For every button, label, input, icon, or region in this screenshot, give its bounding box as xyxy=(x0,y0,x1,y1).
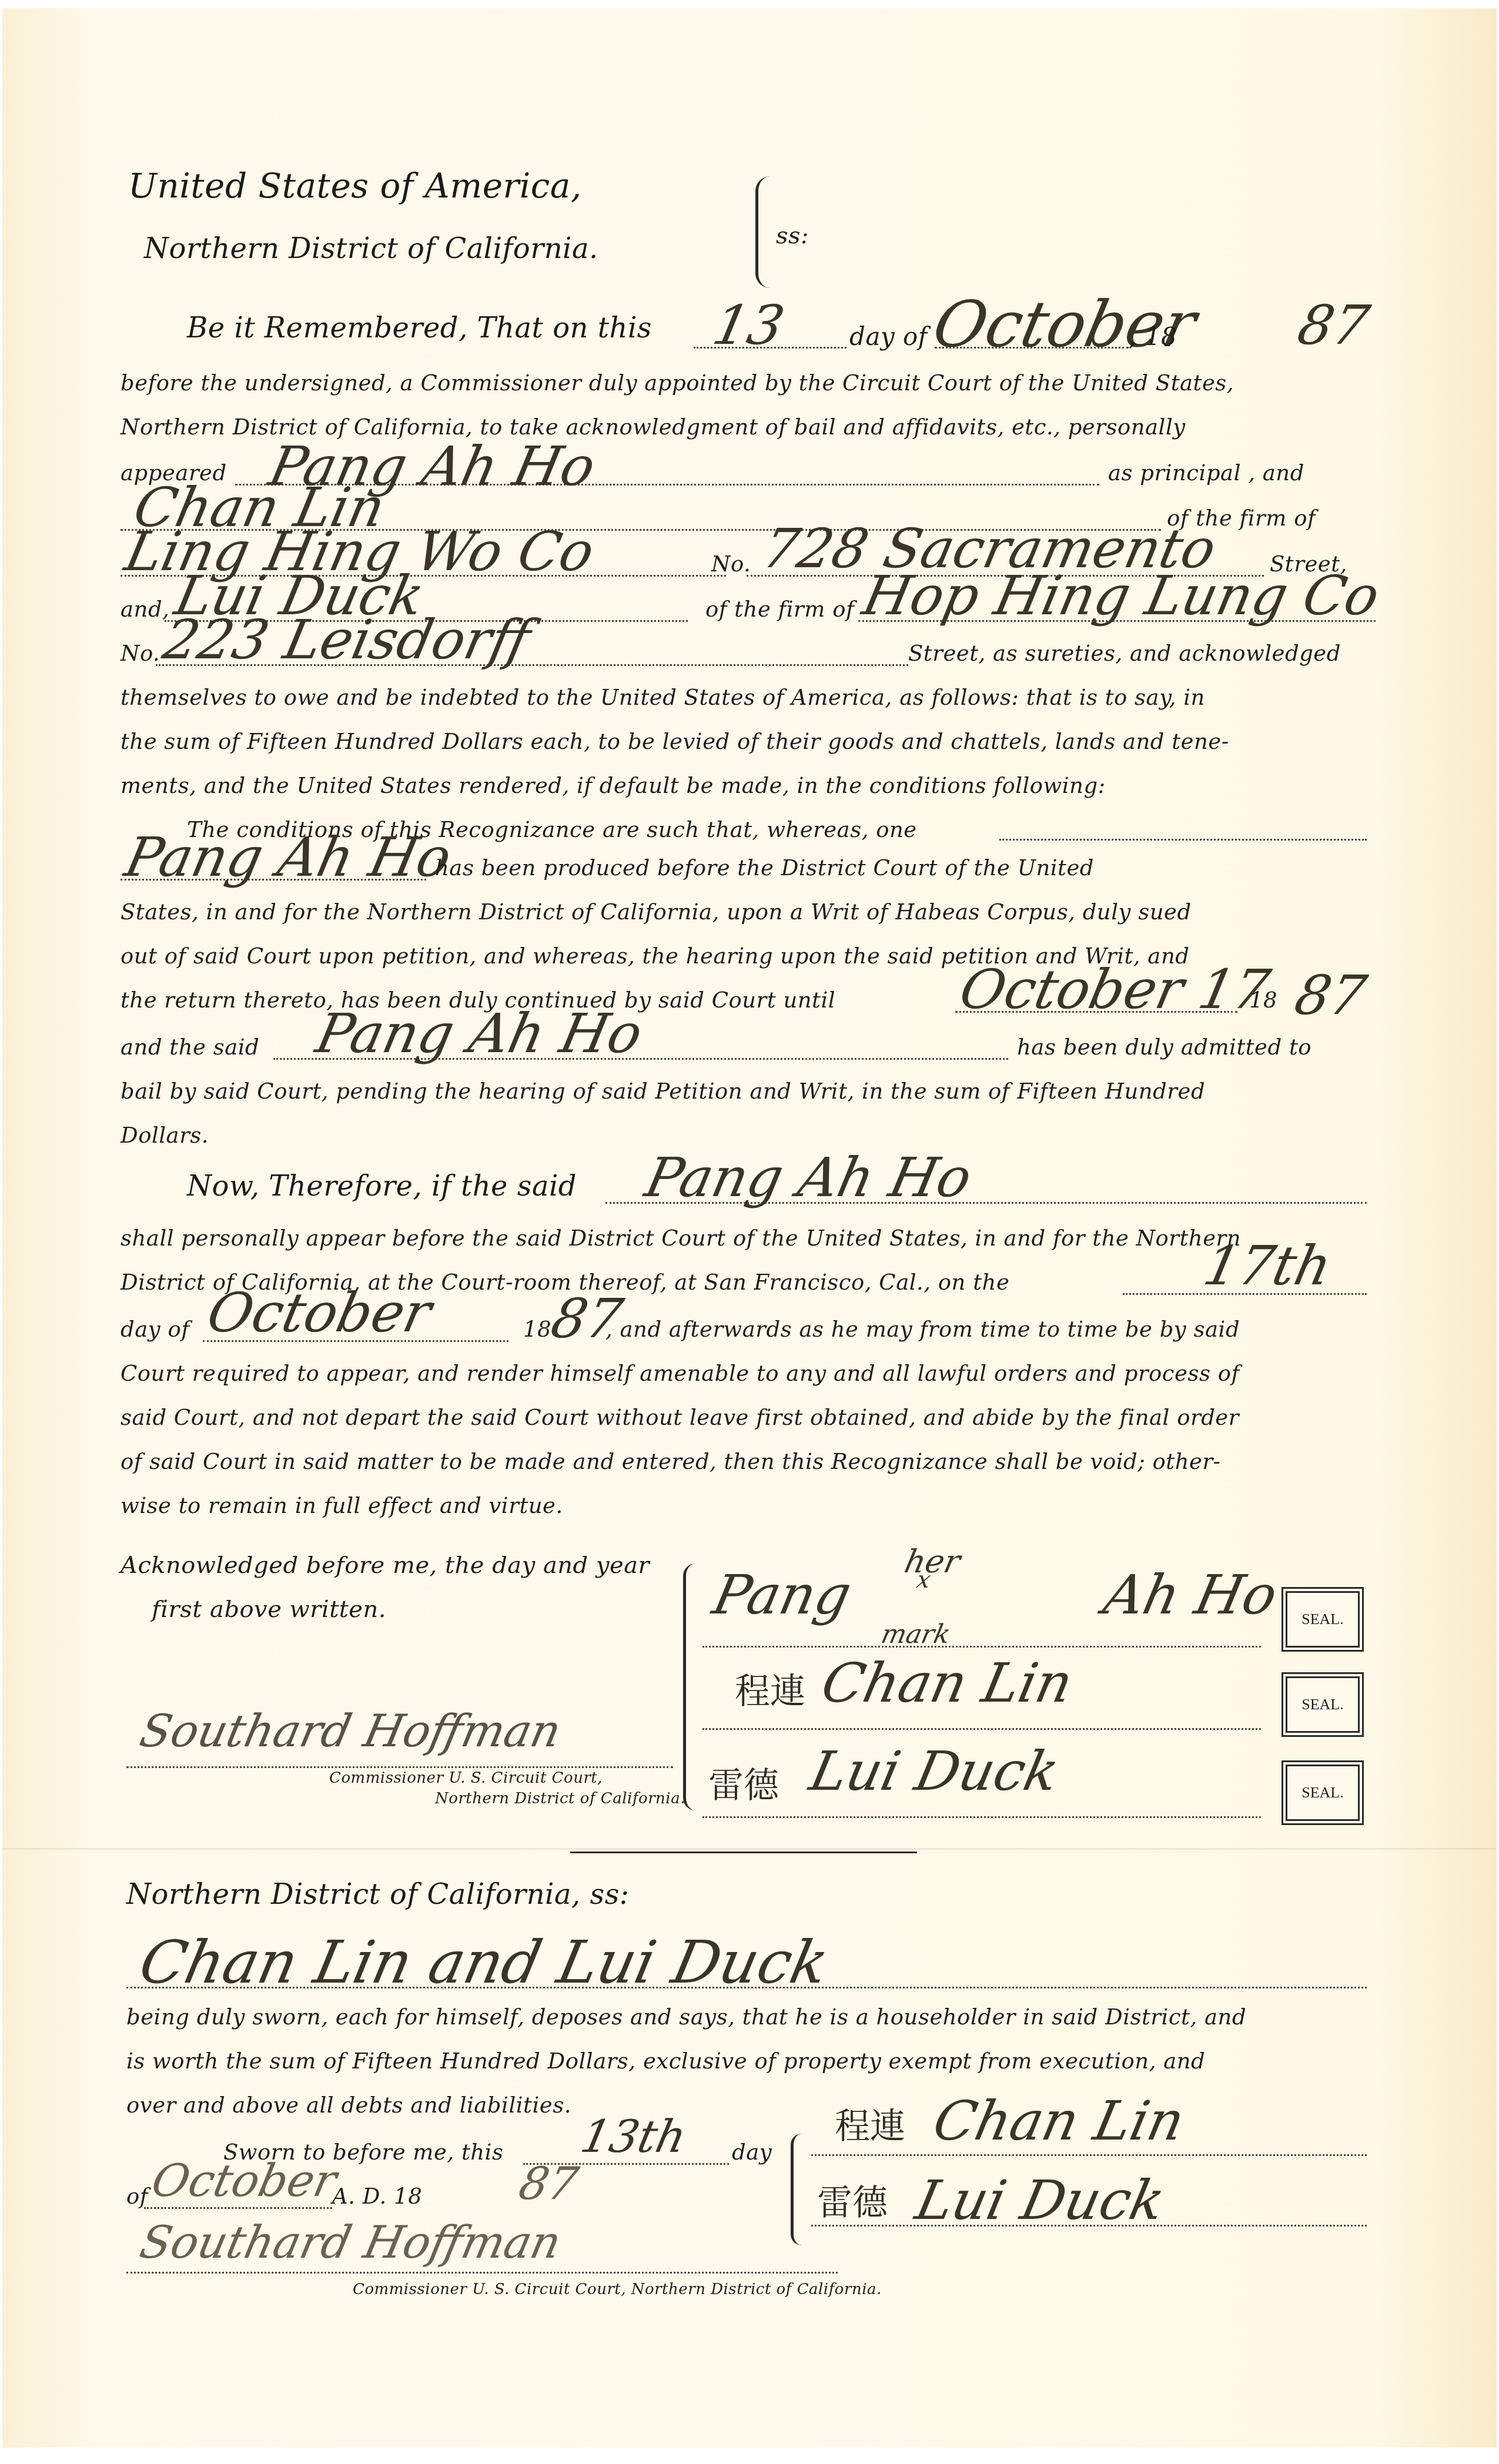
surety2-firm: Hop Hing Lung Co xyxy=(858,564,1385,627)
therefore-line4: , and afterwards as he may from time to … xyxy=(605,1317,1240,1342)
affidavit-line1: being duly sworn, each for himself, depo… xyxy=(126,2004,1246,2030)
affidavit-names: Chan Lin and Lui Duck xyxy=(134,1928,835,1997)
signer1-name-first: Pang xyxy=(708,1564,857,1626)
ack-brace xyxy=(683,1564,695,1810)
commissioner-signature: Southard Hoffman xyxy=(136,1705,566,1757)
paper-fold xyxy=(2,1848,1497,1850)
signer1-line xyxy=(702,1646,1261,1648)
recital-line2: before the undersigned, a Commissioner d… xyxy=(121,370,1234,396)
conditions-line6: bail by said Court, pending the hearing … xyxy=(121,1079,1205,1104)
as-principal-label: as principal , and xyxy=(1108,460,1304,486)
signer2-chinese: 程連 xyxy=(735,1663,805,1714)
affidavit-line2: is worth the sum of Fifteen Hundred Doll… xyxy=(126,2048,1205,2074)
therefore-line8: wise to remain in full effect and virtue… xyxy=(121,1493,563,1518)
header-ss: ss: xyxy=(776,222,809,249)
conditions-name2: Pang Ah Ho xyxy=(311,1002,648,1065)
appear-month: October xyxy=(202,1281,437,1344)
recital-year-prefix: , 18 xyxy=(1129,322,1177,351)
ack-line2: first above written. xyxy=(152,1596,386,1623)
recital-sum: the sum of Fifteen Hundred Dollars each,… xyxy=(121,729,1229,754)
affidavit-commissioner-title: Commissioner U. S. Circuit Court, Northe… xyxy=(353,2281,882,2298)
continued-date: October 17 xyxy=(955,958,1276,1021)
affidavit-commissioner-signature: Southard Hoffman xyxy=(136,2216,566,2268)
sworn-of-label: of xyxy=(126,2184,148,2209)
commissioner-signature-line xyxy=(126,1766,673,1768)
affidavit-signer2-chinese: 雷德 xyxy=(817,2175,888,2225)
recital-intro: Be it Remembered, That on this xyxy=(187,312,652,344)
conditions-produced: has been produced before the District Co… xyxy=(435,855,1094,881)
sureties-text: Street, as sureties, and acknowledged xyxy=(908,641,1341,666)
signer2-line xyxy=(702,1728,1261,1730)
conditions-line7: Dollars. xyxy=(121,1123,209,1148)
therefore-name: Pang Ah Ho xyxy=(640,1146,977,1209)
sworn-day-label: day xyxy=(732,2140,772,2165)
signer2-name: Chan Lin xyxy=(817,1652,1079,1715)
sworn-year: 87 xyxy=(515,2157,583,2209)
signer1-mark-label: mark xyxy=(879,1619,953,1649)
therefore-line6: said Court, and not depart the said Cour… xyxy=(121,1405,1239,1430)
recital-day-of: day of xyxy=(849,322,928,351)
ack-line1: Acknowledged before me, the day and year xyxy=(121,1552,650,1579)
continued-year: 87 xyxy=(1290,964,1372,1027)
commissioner-title2: Northern District of California. xyxy=(435,1790,685,1807)
recital-year: 87 xyxy=(1293,294,1375,357)
conditions-name1: Pang Ah Ho xyxy=(120,826,457,889)
conditions-admitted: has been duly admitted to xyxy=(1017,1035,1311,1060)
and-the-said: and the said xyxy=(121,1035,259,1060)
affidavit-signer1-line xyxy=(811,2154,1367,2156)
recital-ments: ments, and the United States rendered, i… xyxy=(121,773,1106,798)
commissioner-title1: Commissioner U. S. Circuit Court, xyxy=(329,1769,603,1787)
seal-1: SEAL. xyxy=(1281,1587,1364,1652)
no-label-2: No. xyxy=(121,641,160,666)
signer3-chinese: 雷德 xyxy=(708,1757,779,1808)
appear-year-prefix: 18 xyxy=(523,1317,551,1342)
header-brace xyxy=(755,176,770,288)
affidavit-commissioner-line xyxy=(126,2272,838,2274)
section-divider xyxy=(570,1852,917,1853)
affidavit-brace xyxy=(791,2134,802,2245)
conditions-one-line xyxy=(999,839,1367,841)
affidavit-heading: Northern District of California, ss: xyxy=(126,1878,629,1911)
header-district: Northern District of California. xyxy=(144,232,598,265)
seal-2: SEAL. xyxy=(1281,1672,1364,1737)
sworn-day: 13th xyxy=(577,2110,691,2162)
sworn-month: October xyxy=(148,2154,342,2207)
therefore-line7: of said Court in said matter to be made … xyxy=(121,1449,1221,1474)
therefore-day-of: day of xyxy=(121,1317,189,1342)
continued-year-prefix: 18 xyxy=(1249,987,1277,1013)
sworn-month-line xyxy=(144,2207,332,2209)
affidavit-signer1-chinese: 程連 xyxy=(835,2098,905,2149)
sworn-ad-label: A. D. 18 xyxy=(332,2184,422,2209)
signer3-line xyxy=(702,1816,1261,1818)
affidavit-signer2-line xyxy=(811,2225,1367,2227)
conditions-line2: States, in and for the Northern District… xyxy=(121,899,1192,925)
header-title: United States of America, xyxy=(128,166,582,206)
appear-day: 17th xyxy=(1199,1234,1337,1297)
recital-day: 13 xyxy=(708,294,790,357)
of-firm-label-2: of the firm of xyxy=(705,597,854,622)
seal-3: SEAL. xyxy=(1281,1760,1364,1825)
affidavit-signer2: Lui Duck xyxy=(911,2169,1170,2232)
recital-owe: themselves to owe and be indebted to the… xyxy=(121,685,1205,710)
therefore-line5: Court required to appear, and render him… xyxy=(121,1361,1240,1386)
surety2-address: 223 Leisdorff xyxy=(158,608,536,671)
affidavit-line3: over and above all debts and liabilities… xyxy=(126,2093,571,2118)
signer1-name-last: Ah Ho xyxy=(1099,1564,1283,1626)
signer1-mark-her: her xyxy=(901,1543,963,1580)
therefore-line2: shall personally appear before the said … xyxy=(121,1226,1241,1251)
no-label-1: No. xyxy=(711,551,751,577)
and-label: and, xyxy=(121,597,169,622)
therefore-intro: Now, Therefore, if the said xyxy=(187,1170,577,1203)
affidavit-signer1: Chan Lin xyxy=(928,2090,1190,2152)
signer3-name: Lui Duck xyxy=(805,1740,1065,1803)
